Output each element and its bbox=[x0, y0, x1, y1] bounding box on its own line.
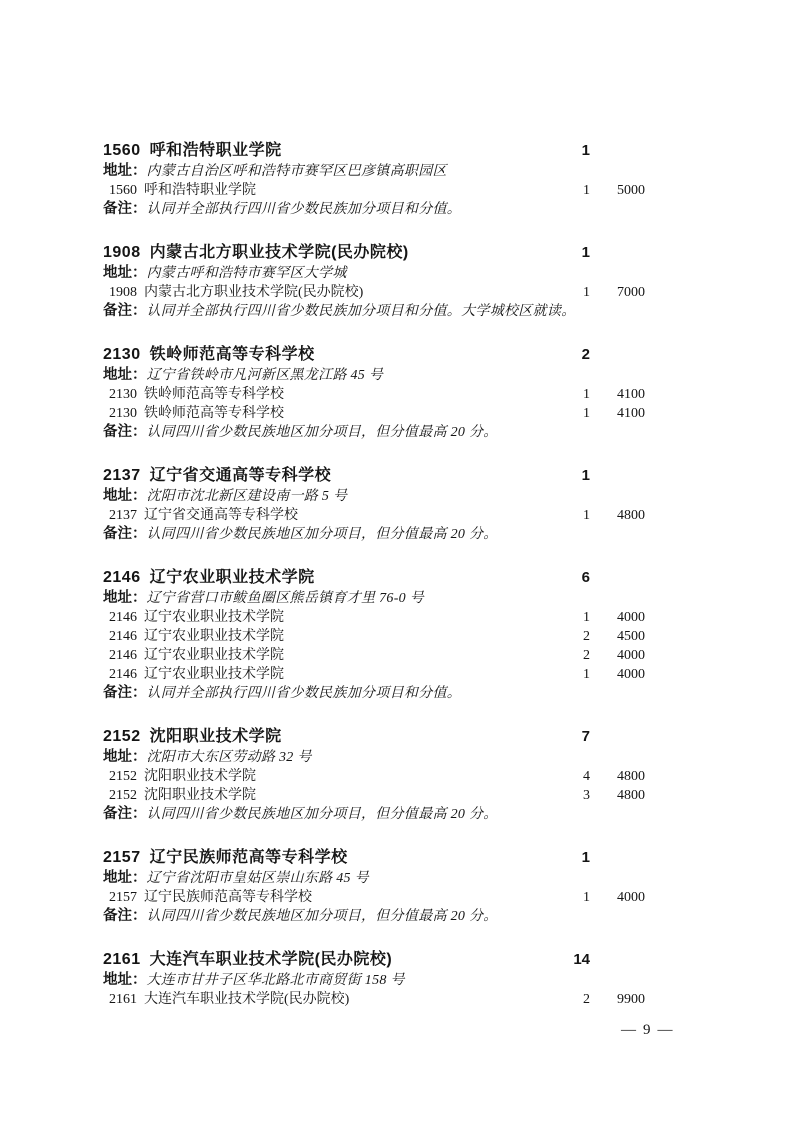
address-row: 地址： 辽宁省营口市鲅鱼圈区熊岳镇育才里 76-0 号 bbox=[103, 589, 645, 608]
school-name: 大连汽车职业技术学院(民办院校) bbox=[150, 951, 393, 968]
major-code: 2157 bbox=[109, 890, 137, 905]
major-fee: 4100 bbox=[590, 385, 645, 404]
address-row: 地址： 沈阳市大东区劳动路 32 号 bbox=[103, 748, 645, 767]
major-fee: 5000 bbox=[590, 181, 645, 200]
note-label: 备注： bbox=[103, 805, 147, 824]
note-text: 认同并全部执行四川省少数民族加分项目和分值。 bbox=[147, 200, 462, 219]
major-title: 沈阳职业技术学院 bbox=[144, 769, 256, 784]
school-header: 1908内蒙古北方职业技术学院(民办院校) 1 bbox=[103, 242, 645, 263]
school-header: 2152沈阳职业技术学院 7 bbox=[103, 726, 645, 747]
address-row: 地址： 大连市甘井子区华北路北市商贸街 158 号 bbox=[103, 971, 645, 990]
address-row: 地址： 内蒙古呼和浩特市赛罕区大学城 bbox=[103, 264, 645, 283]
major-code: 2130 bbox=[109, 387, 137, 402]
address-label: 地址： bbox=[103, 264, 147, 283]
major-count: 1 bbox=[545, 665, 590, 684]
note-label: 备注： bbox=[103, 525, 147, 544]
major-name-cell: 1908内蒙古北方职业技术学院(民办院校) bbox=[103, 283, 545, 302]
major-fee: 4100 bbox=[590, 404, 645, 423]
school-name: 沈阳职业技术学院 bbox=[150, 728, 282, 745]
note-row: 备注： 认同并全部执行四川省少数民族加分项目和分值。 bbox=[103, 684, 645, 703]
address-row: 地址： 内蒙古自治区呼和浩特市赛罕区巴彦镇高职园区 bbox=[103, 162, 645, 181]
major-list: 2161大连汽车职业技术学院(民办院校) 2 9900 bbox=[103, 990, 645, 1009]
address-text: 辽宁省沈阳市皇姑区崇山东路 45 号 bbox=[147, 869, 369, 888]
major-code: 2161 bbox=[109, 992, 137, 1007]
school-name: 铁岭师范高等专科学校 bbox=[150, 346, 315, 363]
major-count: 1 bbox=[545, 888, 590, 907]
major-code: 1560 bbox=[109, 183, 137, 198]
note-text: 认同并全部执行四川省少数民族加分项目和分值。 bbox=[147, 684, 462, 703]
major-row: 1908内蒙古北方职业技术学院(民办院校) 1 7000 bbox=[103, 283, 645, 302]
school-block: 2152沈阳职业技术学院 7 地址： 沈阳市大东区劳动路 32 号 2152沈阳… bbox=[103, 726, 645, 824]
school-header: 1560呼和浩特职业学院 1 bbox=[103, 140, 645, 161]
school-code: 2137 bbox=[103, 467, 141, 484]
note-text: 认同并全部执行四川省少数民族加分项目和分值。大学城校区就读。 bbox=[147, 302, 576, 321]
major-count: 1 bbox=[545, 181, 590, 200]
major-row: 2130铁岭师范高等专科学校 1 4100 bbox=[103, 404, 645, 423]
major-code: 2146 bbox=[109, 610, 137, 625]
address-label: 地址： bbox=[103, 971, 147, 990]
address-text: 大连市甘井子区华北路北市商贸街 158 号 bbox=[147, 971, 405, 990]
school-block: 2157辽宁民族师范高等专科学校 1 地址： 辽宁省沈阳市皇姑区崇山东路 45 … bbox=[103, 847, 645, 926]
school-name: 辽宁民族师范高等专科学校 bbox=[150, 849, 348, 866]
major-code: 2146 bbox=[109, 667, 137, 682]
school-plan-count: 7 bbox=[545, 726, 590, 747]
note-label: 备注： bbox=[103, 200, 147, 219]
major-code: 2130 bbox=[109, 406, 137, 421]
note-text: 认同四川省少数民族地区加分项目，但分值最高 20 分。 bbox=[147, 907, 498, 926]
major-title: 内蒙古北方职业技术学院(民办院校) bbox=[144, 285, 363, 300]
page-number: 9 bbox=[643, 1021, 651, 1039]
major-count: 1 bbox=[545, 385, 590, 404]
school-plan-count: 2 bbox=[545, 344, 590, 365]
major-title: 沈阳职业技术学院 bbox=[144, 788, 256, 803]
school-block: 2161大连汽车职业技术学院(民办院校) 14 地址： 大连市甘井子区华北路北市… bbox=[103, 949, 645, 1009]
address-label: 地址： bbox=[103, 162, 147, 181]
address-label: 地址： bbox=[103, 487, 147, 506]
school-title: 1560呼和浩特职业学院 bbox=[103, 140, 545, 161]
school-header: 2130铁岭师范高等专科学校 2 bbox=[103, 344, 645, 365]
page-footer: — 9 — bbox=[621, 1021, 673, 1039]
address-label: 地址： bbox=[103, 869, 147, 888]
note-row: 备注： 认同四川省少数民族地区加分项目，但分值最高 20 分。 bbox=[103, 907, 645, 926]
major-name-cell: 2146辽宁农业职业技术学院 bbox=[103, 646, 545, 665]
major-fee: 4800 bbox=[590, 786, 645, 805]
school-name: 呼和浩特职业学院 bbox=[150, 142, 282, 159]
note-text: 认同四川省少数民族地区加分项目，但分值最高 20 分。 bbox=[147, 423, 498, 442]
address-text: 沈阳市大东区劳动路 32 号 bbox=[147, 748, 312, 767]
major-fee: 4800 bbox=[590, 767, 645, 786]
school-title: 2146辽宁农业职业技术学院 bbox=[103, 567, 545, 588]
major-list: 1560呼和浩特职业学院 1 5000 bbox=[103, 181, 645, 200]
document-page: 1560呼和浩特职业学院 1 地址： 内蒙古自治区呼和浩特市赛罕区巴彦镇高职园区… bbox=[0, 0, 794, 1123]
major-title: 铁岭师范高等专科学校 bbox=[144, 387, 284, 402]
school-header: 2137辽宁省交通高等专科学校 1 bbox=[103, 465, 645, 486]
school-code: 2157 bbox=[103, 849, 141, 866]
footer-dash-right-icon: — bbox=[658, 1021, 673, 1039]
major-title: 辽宁农业职业技术学院 bbox=[144, 629, 284, 644]
major-name-cell: 2137辽宁省交通高等专科学校 bbox=[103, 506, 545, 525]
school-code: 2130 bbox=[103, 346, 141, 363]
school-plan-count: 1 bbox=[545, 847, 590, 868]
major-code: 2146 bbox=[109, 629, 137, 644]
major-row: 2146辽宁农业职业技术学院 1 4000 bbox=[103, 665, 645, 684]
major-list: 2152沈阳职业技术学院 4 4800 2152沈阳职业技术学院 3 4800 bbox=[103, 767, 645, 805]
major-row: 2152沈阳职业技术学院 4 4800 bbox=[103, 767, 645, 786]
major-count: 2 bbox=[545, 627, 590, 646]
school-name: 辽宁农业职业技术学院 bbox=[150, 569, 315, 586]
address-text: 内蒙古呼和浩特市赛罕区大学城 bbox=[147, 264, 347, 283]
school-header: 2157辽宁民族师范高等专科学校 1 bbox=[103, 847, 645, 868]
major-fee: 4800 bbox=[590, 506, 645, 525]
school-block: 2130铁岭师范高等专科学校 2 地址： 辽宁省铁岭市凡河新区黑龙江路 45 号… bbox=[103, 344, 645, 442]
school-list: 1560呼和浩特职业学院 1 地址： 内蒙古自治区呼和浩特市赛罕区巴彦镇高职园区… bbox=[103, 140, 645, 1032]
major-title: 大连汽车职业技术学院(民办院校) bbox=[144, 992, 349, 1007]
school-code: 1908 bbox=[103, 244, 141, 261]
note-row: 备注： 认同四川省少数民族地区加分项目，但分值最高 20 分。 bbox=[103, 423, 645, 442]
school-code: 2146 bbox=[103, 569, 141, 586]
address-row: 地址： 辽宁省铁岭市凡河新区黑龙江路 45 号 bbox=[103, 366, 645, 385]
note-text: 认同四川省少数民族地区加分项目，但分值最高 20 分。 bbox=[147, 805, 498, 824]
note-row: 备注： 认同四川省少数民族地区加分项目，但分值最高 20 分。 bbox=[103, 525, 645, 544]
school-title: 2130铁岭师范高等专科学校 bbox=[103, 344, 545, 365]
note-label: 备注： bbox=[103, 907, 147, 926]
major-row: 2152沈阳职业技术学院 3 4800 bbox=[103, 786, 645, 805]
school-plan-count: 1 bbox=[545, 465, 590, 486]
major-name-cell: 2146辽宁农业职业技术学院 bbox=[103, 608, 545, 627]
school-block: 2146辽宁农业职业技术学院 6 地址： 辽宁省营口市鲅鱼圈区熊岳镇育才里 76… bbox=[103, 567, 645, 703]
note-row: 备注： 认同四川省少数民族地区加分项目，但分值最高 20 分。 bbox=[103, 805, 645, 824]
address-text: 内蒙古自治区呼和浩特市赛罕区巴彦镇高职园区 bbox=[147, 162, 447, 181]
school-block: 1560呼和浩特职业学院 1 地址： 内蒙古自治区呼和浩特市赛罕区巴彦镇高职园区… bbox=[103, 140, 645, 219]
major-list: 1908内蒙古北方职业技术学院(民办院校) 1 7000 bbox=[103, 283, 645, 302]
major-code: 2146 bbox=[109, 648, 137, 663]
major-count: 2 bbox=[545, 646, 590, 665]
school-header: 2146辽宁农业职业技术学院 6 bbox=[103, 567, 645, 588]
major-row: 2137辽宁省交通高等专科学校 1 4800 bbox=[103, 506, 645, 525]
major-name-cell: 2130铁岭师范高等专科学校 bbox=[103, 404, 545, 423]
address-text: 辽宁省营口市鲅鱼圈区熊岳镇育才里 76-0 号 bbox=[147, 589, 425, 608]
major-code: 2137 bbox=[109, 508, 137, 523]
address-text: 沈阳市沈北新区建设南一路 5 号 bbox=[147, 487, 348, 506]
major-code: 2152 bbox=[109, 769, 137, 784]
major-count: 3 bbox=[545, 786, 590, 805]
major-name-cell: 2157辽宁民族师范高等专科学校 bbox=[103, 888, 545, 907]
major-count: 2 bbox=[545, 990, 590, 1009]
note-text: 认同四川省少数民族地区加分项目，但分值最高 20 分。 bbox=[147, 525, 498, 544]
major-count: 4 bbox=[545, 767, 590, 786]
major-count: 1 bbox=[545, 404, 590, 423]
school-code: 2161 bbox=[103, 951, 141, 968]
school-plan-count: 1 bbox=[545, 140, 590, 161]
major-code: 2152 bbox=[109, 788, 137, 803]
major-list: 2130铁岭师范高等专科学校 1 4100 2130铁岭师范高等专科学校 1 4… bbox=[103, 385, 645, 423]
major-fee: 4000 bbox=[590, 646, 645, 665]
school-title: 2157辽宁民族师范高等专科学校 bbox=[103, 847, 545, 868]
major-list: 2146辽宁农业职业技术学院 1 4000 2146辽宁农业职业技术学院 2 4… bbox=[103, 608, 645, 684]
major-row: 2146辽宁农业职业技术学院 1 4000 bbox=[103, 608, 645, 627]
major-row: 2146辽宁农业职业技术学院 2 4500 bbox=[103, 627, 645, 646]
school-block: 2137辽宁省交通高等专科学校 1 地址： 沈阳市沈北新区建设南一路 5 号 2… bbox=[103, 465, 645, 544]
school-name: 内蒙古北方职业技术学院(民办院校) bbox=[150, 244, 409, 261]
address-label: 地址： bbox=[103, 366, 147, 385]
address-text: 辽宁省铁岭市凡河新区黑龙江路 45 号 bbox=[147, 366, 384, 385]
school-code: 2152 bbox=[103, 728, 141, 745]
school-header: 2161大连汽车职业技术学院(民办院校) 14 bbox=[103, 949, 645, 970]
major-title: 辽宁省交通高等专科学校 bbox=[144, 508, 298, 523]
major-count: 1 bbox=[545, 608, 590, 627]
school-plan-count: 6 bbox=[545, 567, 590, 588]
major-title: 呼和浩特职业学院 bbox=[144, 183, 256, 198]
address-label: 地址： bbox=[103, 748, 147, 767]
major-count: 1 bbox=[545, 283, 590, 302]
major-row: 2157辽宁民族师范高等专科学校 1 4000 bbox=[103, 888, 645, 907]
major-list: 2157辽宁民族师范高等专科学校 1 4000 bbox=[103, 888, 645, 907]
note-label: 备注： bbox=[103, 423, 147, 442]
address-row: 地址： 沈阳市沈北新区建设南一路 5 号 bbox=[103, 487, 645, 506]
major-row: 2161大连汽车职业技术学院(民办院校) 2 9900 bbox=[103, 990, 645, 1009]
major-name-cell: 2152沈阳职业技术学院 bbox=[103, 786, 545, 805]
school-title: 1908内蒙古北方职业技术学院(民办院校) bbox=[103, 242, 545, 263]
school-plan-count: 14 bbox=[545, 949, 590, 970]
major-fee: 9900 bbox=[590, 990, 645, 1009]
major-fee: 4000 bbox=[590, 665, 645, 684]
major-title: 辽宁农业职业技术学院 bbox=[144, 648, 284, 663]
major-title: 铁岭师范高等专科学校 bbox=[144, 406, 284, 421]
major-name-cell: 1560呼和浩特职业学院 bbox=[103, 181, 545, 200]
note-label: 备注： bbox=[103, 302, 147, 321]
major-fee: 4000 bbox=[590, 608, 645, 627]
major-title: 辽宁农业职业技术学院 bbox=[144, 667, 284, 682]
major-fee: 7000 bbox=[590, 283, 645, 302]
address-row: 地址： 辽宁省沈阳市皇姑区崇山东路 45 号 bbox=[103, 869, 645, 888]
school-block: 1908内蒙古北方职业技术学院(民办院校) 1 地址： 内蒙古呼和浩特市赛罕区大… bbox=[103, 242, 645, 321]
major-name-cell: 2152沈阳职业技术学院 bbox=[103, 767, 545, 786]
footer-dash-left-icon: — bbox=[621, 1021, 636, 1039]
major-row: 1560呼和浩特职业学院 1 5000 bbox=[103, 181, 645, 200]
school-plan-count: 1 bbox=[545, 242, 590, 263]
major-fee: 4500 bbox=[590, 627, 645, 646]
major-code: 1908 bbox=[109, 285, 137, 300]
major-row: 2146辽宁农业职业技术学院 2 4000 bbox=[103, 646, 645, 665]
note-row: 备注： 认同并全部执行四川省少数民族加分项目和分值。大学城校区就读。 bbox=[103, 302, 645, 321]
major-row: 2130铁岭师范高等专科学校 1 4100 bbox=[103, 385, 645, 404]
school-title: 2137辽宁省交通高等专科学校 bbox=[103, 465, 545, 486]
school-name: 辽宁省交通高等专科学校 bbox=[150, 467, 332, 484]
major-title: 辽宁民族师范高等专科学校 bbox=[144, 890, 312, 905]
major-name-cell: 2146辽宁农业职业技术学院 bbox=[103, 627, 545, 646]
major-fee: 4000 bbox=[590, 888, 645, 907]
school-title: 2152沈阳职业技术学院 bbox=[103, 726, 545, 747]
major-title: 辽宁农业职业技术学院 bbox=[144, 610, 284, 625]
note-label: 备注： bbox=[103, 684, 147, 703]
note-row: 备注： 认同并全部执行四川省少数民族加分项目和分值。 bbox=[103, 200, 645, 219]
major-name-cell: 2161大连汽车职业技术学院(民办院校) bbox=[103, 990, 545, 1009]
school-title: 2161大连汽车职业技术学院(民办院校) bbox=[103, 949, 545, 970]
major-name-cell: 2130铁岭师范高等专科学校 bbox=[103, 385, 545, 404]
major-count: 1 bbox=[545, 506, 590, 525]
school-code: 1560 bbox=[103, 142, 141, 159]
address-label: 地址： bbox=[103, 589, 147, 608]
major-list: 2137辽宁省交通高等专科学校 1 4800 bbox=[103, 506, 645, 525]
major-name-cell: 2146辽宁农业职业技术学院 bbox=[103, 665, 545, 684]
